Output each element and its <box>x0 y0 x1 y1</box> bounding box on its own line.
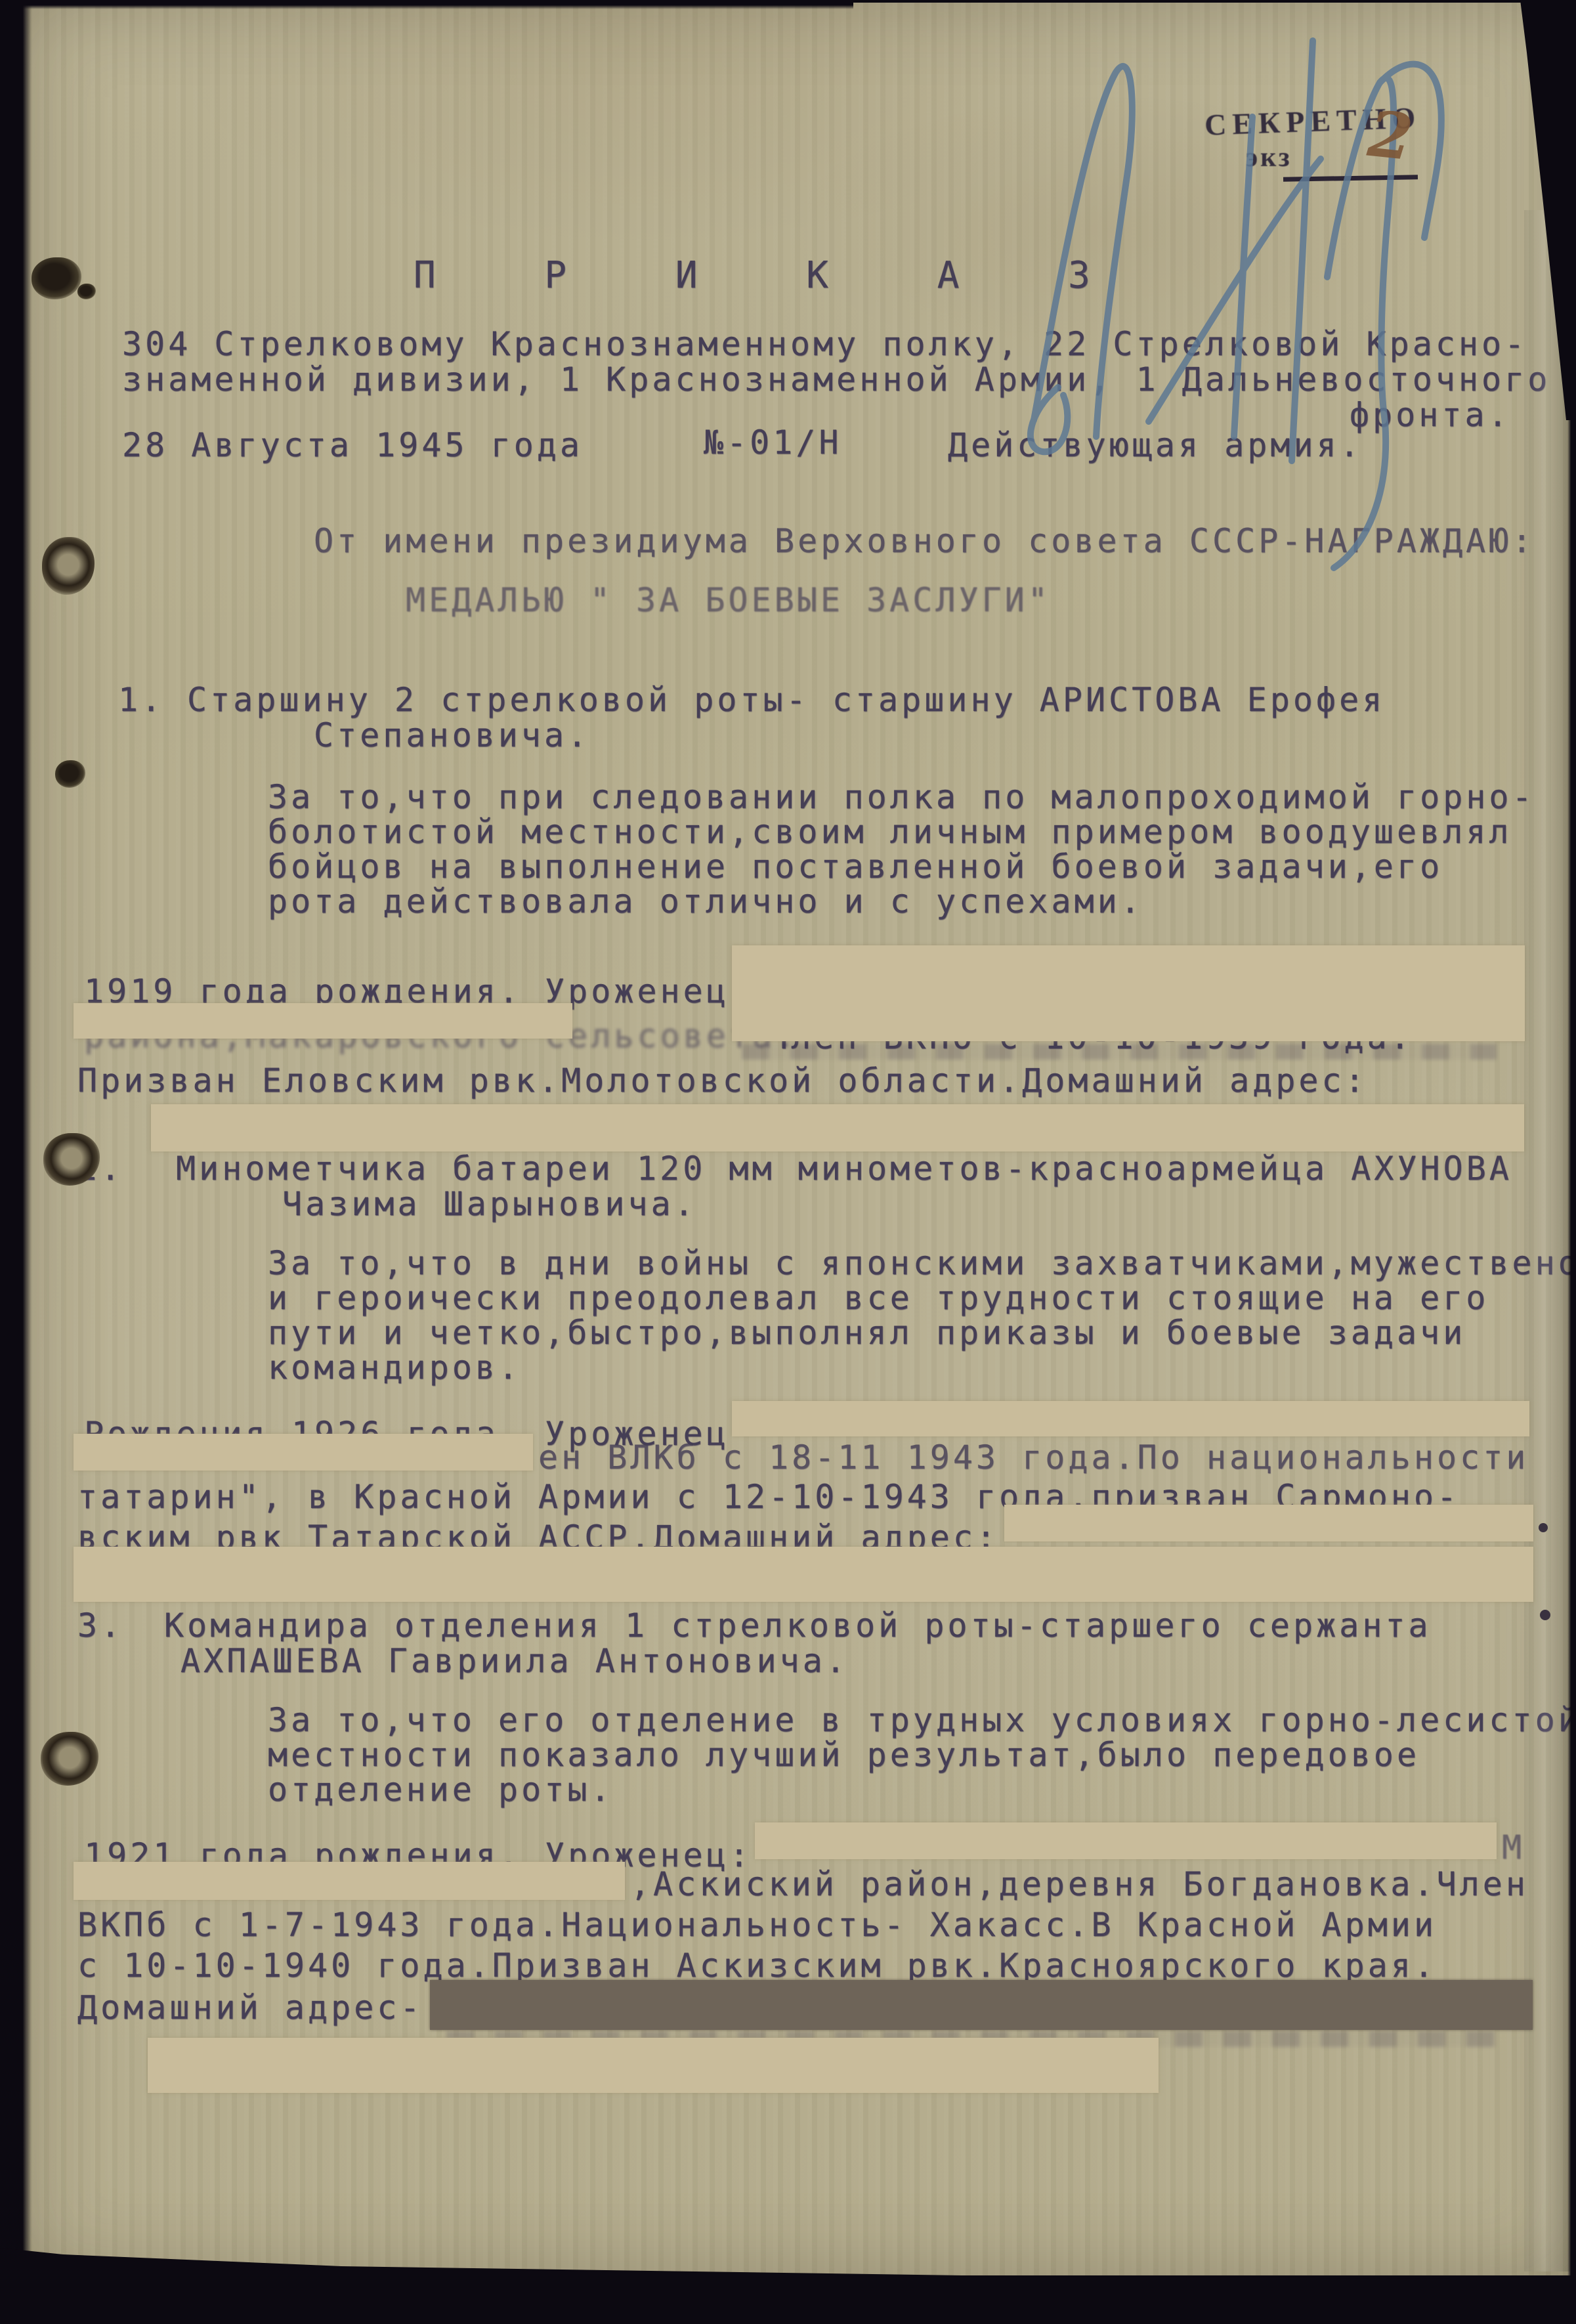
item-3-number: 3. <box>77 1607 123 1644</box>
item-1-number: 1. <box>118 681 164 718</box>
item-1-headline-2: Степановича. <box>314 717 590 754</box>
ink-dot <box>1539 1523 1548 1532</box>
redaction-box <box>74 1547 1533 1602</box>
ink-smear <box>742 1044 1497 1060</box>
item-3-headline-2: АХПАШЕВА Гавриила Антоновича. <box>181 1643 849 1679</box>
item-2-headline-1: Минометчика батареи 120 мм минометов-кра… <box>176 1150 1512 1187</box>
handwritten-copy-number: 2 <box>1365 97 1416 175</box>
redaction-box <box>74 1003 572 1039</box>
ink-dot <box>1540 1610 1550 1620</box>
item-1-bio-line-3: Призван Еловским рвк.Молотовской области… <box>77 1062 1368 1099</box>
order-date: 28 Августа 1945 года <box>122 427 583 463</box>
item-2-headline-2: Чазима Шарыновича. <box>282 1186 697 1222</box>
item-3-citation-line: За то,что его отделение в трудных услови… <box>268 1702 1576 1738</box>
paper-crease <box>1524 210 1570 2271</box>
redaction-box <box>74 1434 533 1471</box>
redaction-box <box>148 2038 1159 2093</box>
item-3-bio-line-2: ,Аскиский район,деревня Богдановка.Член <box>630 1866 1529 1903</box>
item-3-citation-line: отделение роты. <box>268 1771 614 1808</box>
item-3-bio-line-3: ВКПб с 1-7-1943 года.Национальность- Хак… <box>77 1906 1437 1943</box>
item-3-bio-line-5: Домашний адрес- <box>77 1989 423 2026</box>
scan-edge-top <box>0 0 853 9</box>
scan-edge-right <box>1567 368 1576 2324</box>
item-1-citation-line: бойцов на выполнение поставленной боевой… <box>268 848 1443 885</box>
document-scan: СЕКРЕТНО экз 2 П Р И К А З 304 Стрелково… <box>0 0 1576 2324</box>
redaction-box <box>755 1822 1497 1859</box>
redaction-box <box>1004 1505 1533 1541</box>
item-1-citation-line: За то,что при следовании полка по малопр… <box>268 779 1535 815</box>
item-3-citation-line: местности показало лучший результат,было… <box>268 1736 1420 1773</box>
item-2-citation-line: За то,что в дни войны с японскими захват… <box>268 1245 1576 1281</box>
redaction-box <box>732 1401 1529 1436</box>
item-2-citation-line: и героически преодолевал все трудности с… <box>268 1280 1489 1316</box>
item-3-headline-1: Командира отделения 1 стрелковой роты-ст… <box>164 1607 1432 1644</box>
medal-line: МЕДАЛЬЮ " ЗА БОЕВЫЕ ЗАСЛУГИ" <box>406 582 1051 618</box>
redaction-box <box>74 1862 625 1900</box>
item-3-bio-line-4: с 10-10-1940 года.Призван Аскизским рвк.… <box>77 1947 1437 1984</box>
redaction-box-dark <box>430 1980 1533 2030</box>
scan-edge-left <box>0 0 32 2324</box>
order-number: №-01/Н <box>704 424 842 461</box>
redaction-box <box>151 1104 1524 1151</box>
item-1-citation-line: болотистой местности,своим личным пример… <box>268 813 1512 850</box>
item-2-citation-line: пути и четко,быстро,выполнял приказы и б… <box>268 1314 1466 1351</box>
item-2-bio-line-2: ен ВЛКб с 18-11 1943 года.По национально… <box>538 1439 1529 1476</box>
item-2-citation-line: командиров. <box>268 1349 521 1386</box>
item-1-headline-1: Старшину 2 стрелковой роты- старшину АРИ… <box>187 681 1385 718</box>
item-1-citation-line: рота действовала отлично и с успехами. <box>268 883 1143 920</box>
redaction-box <box>732 945 1525 1041</box>
item-3-stray-character: М <box>1502 1829 1525 1866</box>
